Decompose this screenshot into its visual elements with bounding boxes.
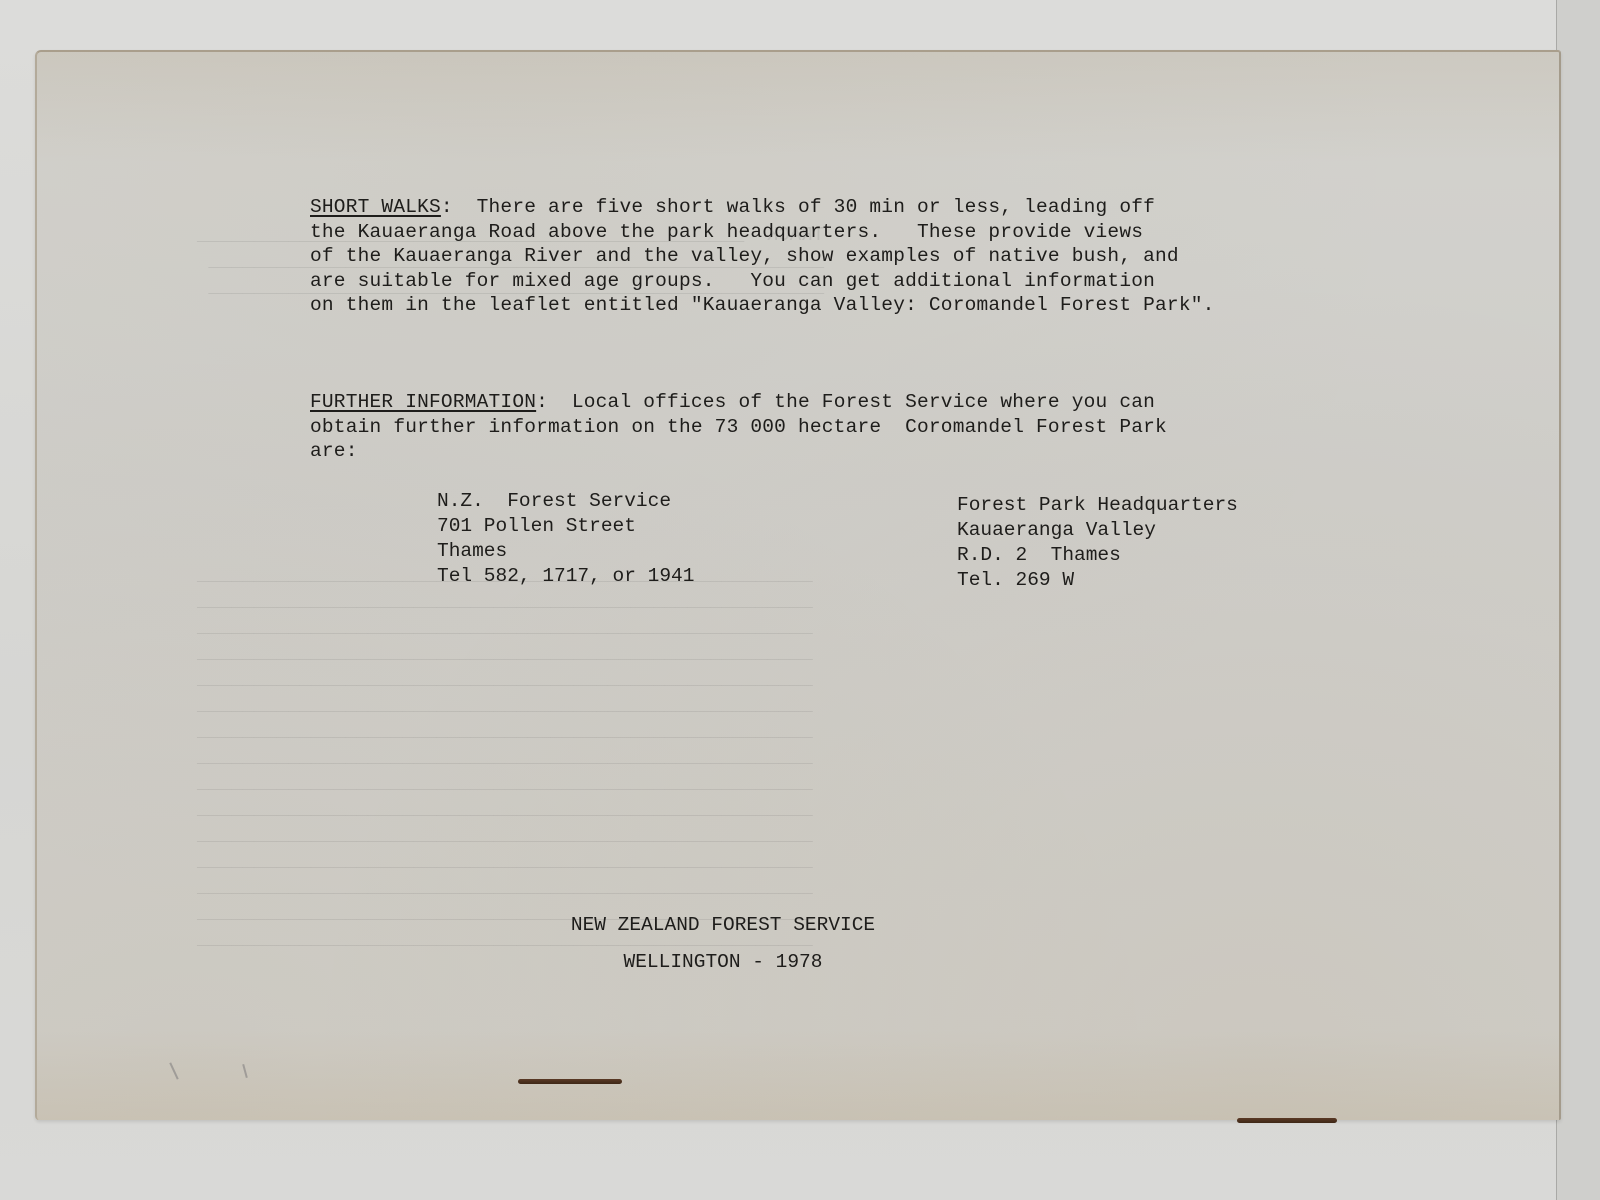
further-information-line: obtain further information on the 73 000… (310, 416, 1167, 438)
publisher-name: NEW ZEALAND FOREST SERVICE (37, 914, 1559, 936)
further-information-line: are: (310, 440, 358, 462)
address-line: N.Z. Forest Service (437, 490, 671, 512)
short-walks-heading: SHORT WALKS (310, 196, 441, 218)
further-information-line: : Local offices of the Forest Service wh… (536, 391, 1155, 413)
further-information-heading: FURTHER INFORMATION (310, 391, 536, 413)
short-walks-section: SHORT WALKS: There are five short walks … (310, 195, 1215, 318)
short-walks-line: on them in the leaflet entitled "Kauaera… (310, 294, 1215, 316)
short-walks-line: the Kauaeranga Road above the park headq… (310, 221, 1143, 243)
address-block-nz-forest-service: N.Z. Forest Service 701 Pollen Street Th… (437, 489, 694, 589)
address-line: Kauaeranga Valley (957, 519, 1156, 541)
address-line: Thames (437, 540, 507, 562)
address-line: Tel. 269 W (957, 569, 1074, 591)
short-walks-line: : There are five short walks of 30 min o… (441, 196, 1155, 218)
short-walks-line: of the Kauaeranga River and the valley, … (310, 245, 1179, 267)
address-line: R.D. 2 Thames (957, 544, 1121, 566)
leaflet-page: TRACK __________________________________… (35, 50, 1561, 1120)
staple-right (1237, 1118, 1337, 1123)
address-line: Tel 582, 1717, or 1941 (437, 565, 694, 587)
staple-left (518, 1079, 622, 1084)
background-edge (1556, 0, 1600, 1200)
address-block-park-headquarters: Forest Park Headquarters Kauaeranga Vall… (957, 493, 1238, 593)
address-line: 701 Pollen Street (437, 515, 636, 537)
document-body: SHORT WALKS: There are five short walks … (37, 52, 1559, 1120)
further-information-section: FURTHER INFORMATION: Local offices of th… (310, 390, 1167, 464)
short-walks-line: are suitable for mixed age groups. You c… (310, 270, 1155, 292)
publication-place-year: WELLINGTON - 1978 (37, 951, 1559, 973)
address-line: Forest Park Headquarters (957, 494, 1238, 516)
